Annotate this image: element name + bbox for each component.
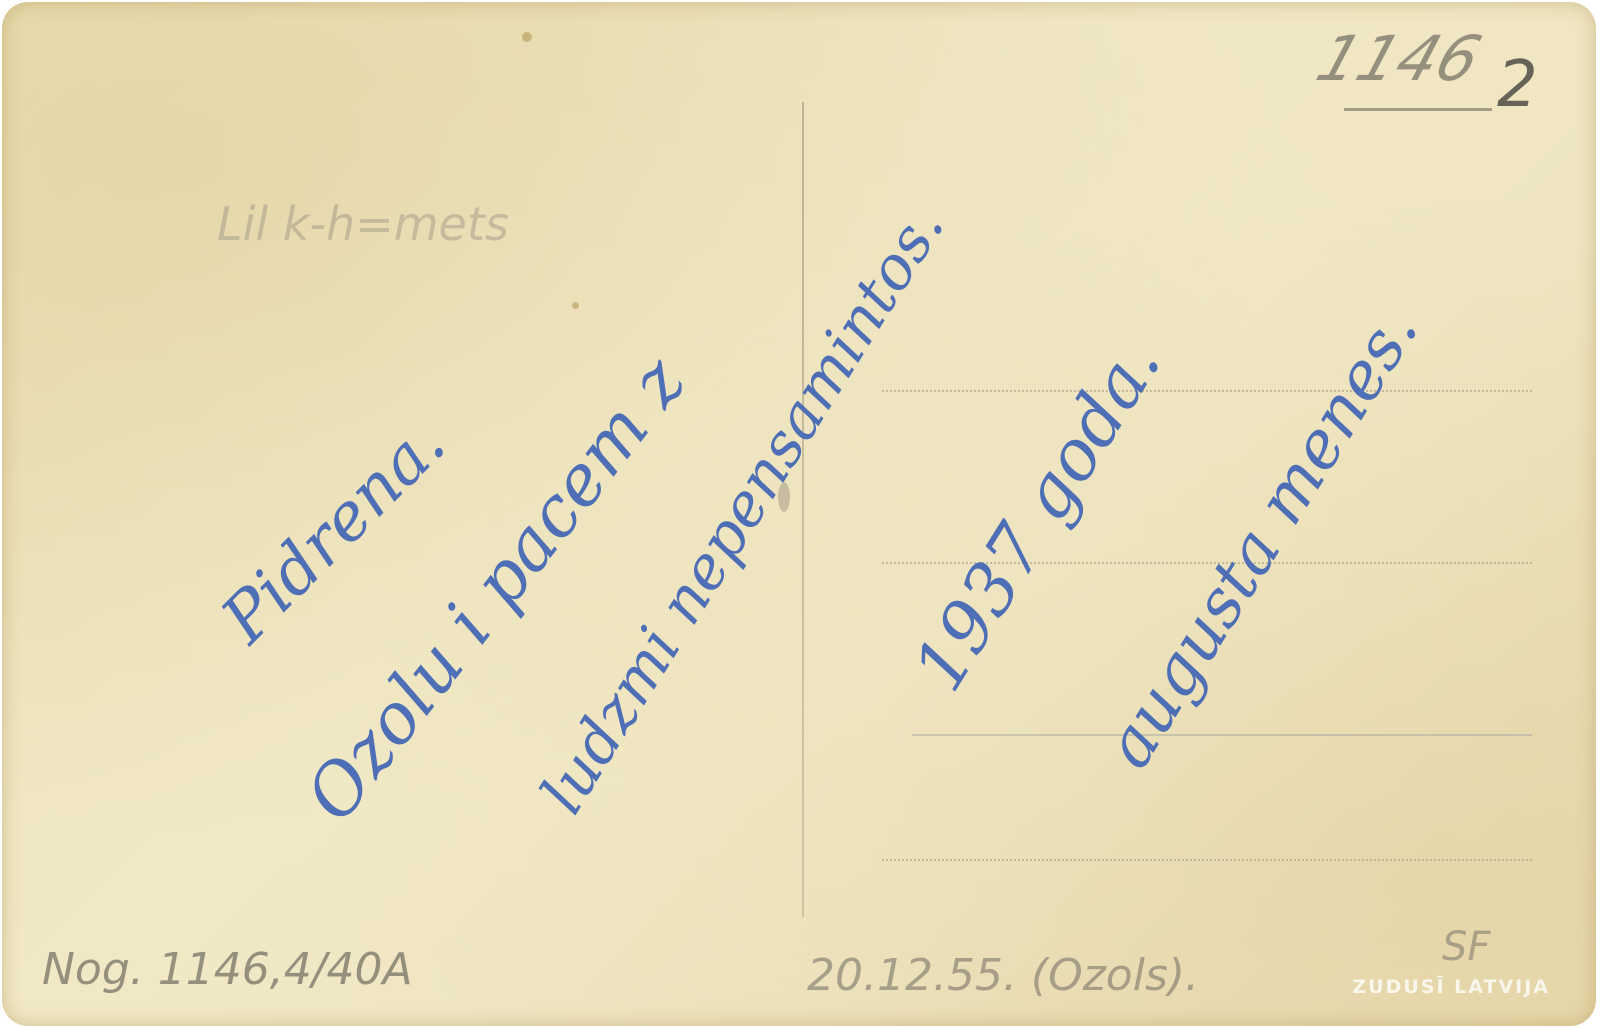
postcard-back: Lil k-h=mets 1146 2 Pidrena. Ozolu i pac… (2, 2, 1596, 1026)
archive-date: 20.12.55. (Ozols). (807, 950, 1199, 1001)
catalog-number: 1146 (1308, 22, 1490, 95)
handwritten-line: Ozolu i pacem z (290, 342, 702, 836)
address-line (882, 859, 1532, 861)
paper-stain (572, 302, 579, 309)
initials: SF (1442, 924, 1490, 970)
address-line (882, 390, 1532, 392)
faint-pencil-note: Lil k-h=mets (217, 197, 509, 251)
postcard-center-divider (802, 102, 804, 917)
paper-stain (522, 32, 532, 42)
page-number: 2 (1497, 48, 1538, 122)
handwritten-line: 1937 goda. (897, 325, 1176, 704)
catalog-number-underline (1344, 108, 1492, 111)
inventory-number: Nog. 1146,4/40A (42, 944, 413, 995)
address-line (912, 734, 1532, 736)
watermark: ZUDUSĪ LATVIJA (1352, 976, 1550, 998)
